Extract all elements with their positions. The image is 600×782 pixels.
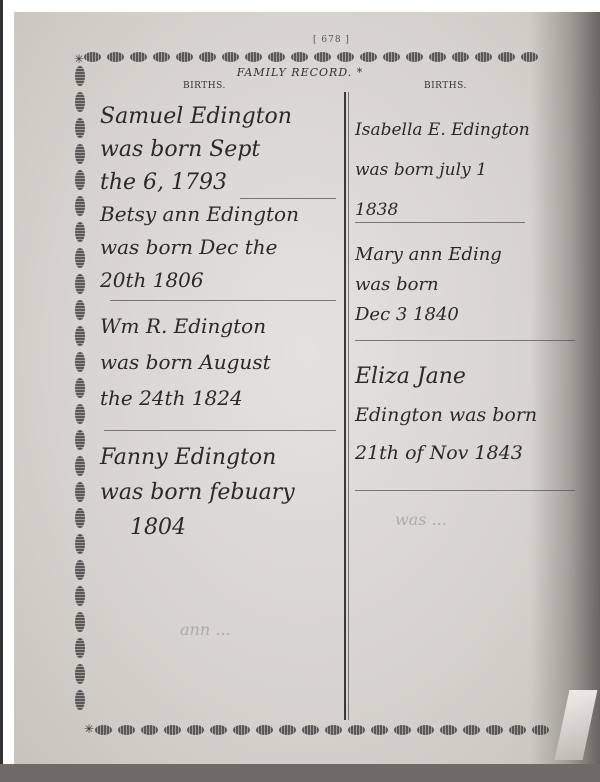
faint-handwriting: ann ...	[180, 620, 231, 639]
ornamental-border-left	[75, 66, 85, 710]
births-heading-right: BIRTHS.	[424, 81, 467, 91]
births-heading-left: BIRTHS.	[183, 81, 226, 91]
birth-entry: Betsy ann Edington was born Dec the 20th…	[100, 198, 299, 297]
ornamental-border-top	[84, 52, 538, 62]
page-number: [ 678 ]	[313, 35, 350, 45]
separator-rule	[355, 340, 575, 341]
birth-entry: Mary ann Eding was born Dec 3 1840	[355, 240, 502, 330]
separator-rule	[355, 490, 575, 491]
birth-entry: Samuel Edington was born Sept the 6, 179…	[100, 100, 292, 199]
birth-entry: Eliza Jane Edington was born 21th of Nov…	[355, 358, 537, 472]
scanned-page: [ 678 ] ✳ ✳ FAMILY RECORD. * BIRTHS. BIR…	[0, 0, 600, 782]
separator-rule	[355, 222, 525, 223]
faint-handwriting: was ...	[395, 510, 447, 529]
ornamental-border-bottom	[95, 725, 549, 735]
title-mark: *	[357, 66, 364, 79]
scan-shadow-band	[0, 764, 600, 782]
family-record-title: FAMILY RECORD. *	[0, 66, 600, 79]
column-divider	[344, 92, 346, 720]
birth-entry: Wm R. Edington was born August the 24th …	[100, 308, 271, 416]
corner-star-icon: ✳	[74, 52, 84, 66]
scan-edge	[0, 0, 3, 782]
separator-rule	[110, 300, 336, 301]
birth-entry: Isabella E. Edington was born july 1 183…	[355, 110, 530, 230]
birth-entry: Fanny Edington was born febuary 1804	[100, 440, 295, 545]
corner-star-icon: ✳	[84, 722, 94, 736]
separator-rule	[104, 430, 336, 431]
